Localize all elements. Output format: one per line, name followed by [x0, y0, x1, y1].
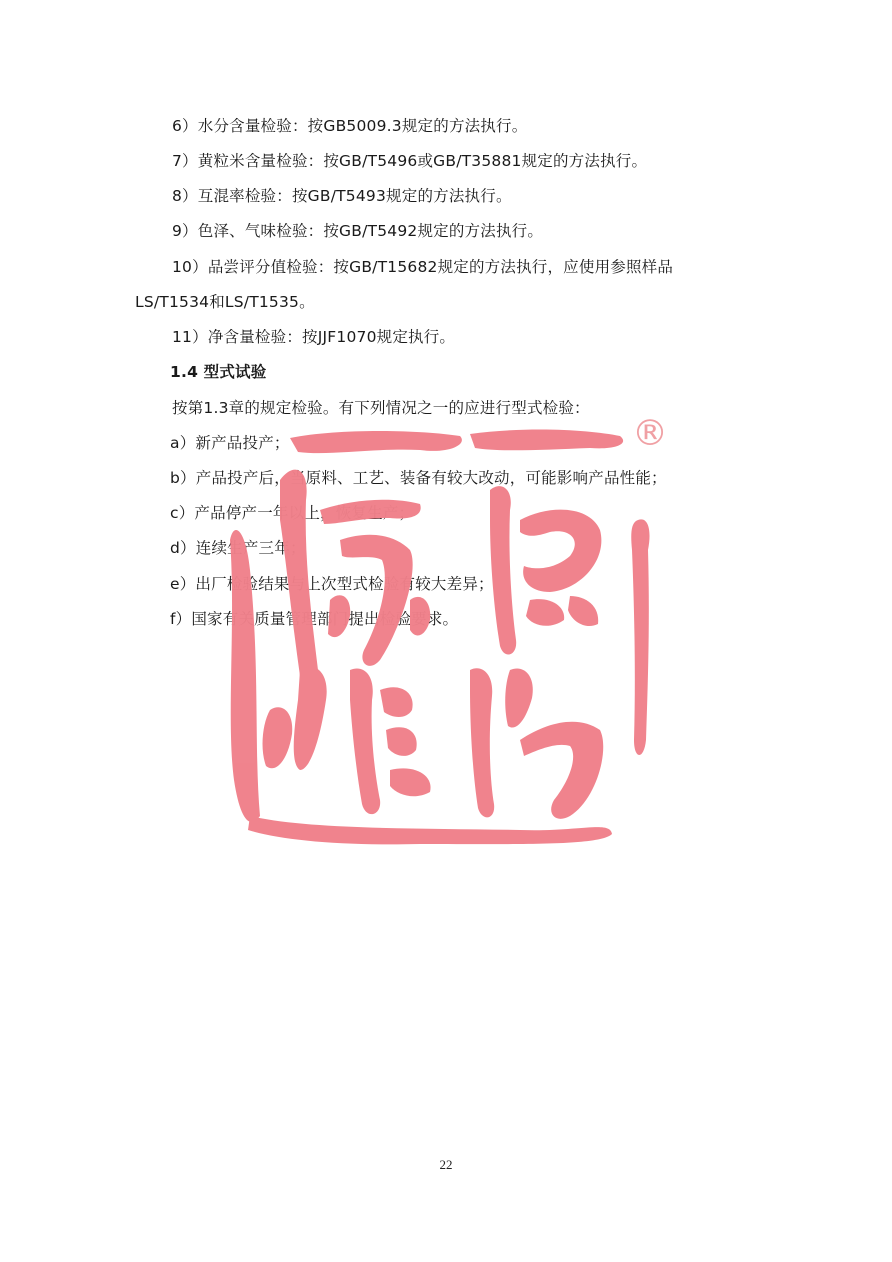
condition-f: f）国家有关质量管理部门提出检验要求。	[170, 609, 458, 629]
registered-trademark-icon: ®	[632, 416, 668, 452]
item-6: 6）水分含量检验：按GB5009.3规定的方法执行。	[172, 116, 527, 136]
item-10: 10）品尝评分值检验：按GB/T15682规定的方法执行，应使用参照样品	[172, 257, 673, 277]
item-8: 8）互混率检验：按GB/T5493规定的方法执行。	[172, 186, 512, 206]
section-heading: 1.4 型式试验	[170, 362, 266, 382]
item-9: 9）色泽、气味检验：按GB/T5492规定的方法执行。	[172, 221, 543, 241]
condition-b: b）产品投产后，当原料、工艺、装备有较大改动，可能影响产品性能；	[170, 468, 667, 488]
item-10-continuation: LS/T1534和LS/T1535。	[135, 292, 315, 312]
page-number: 22	[0, 1157, 892, 1173]
item-7: 7）黄粒米含量检验：按GB/T5496或GB/T35881规定的方法执行。	[172, 151, 647, 171]
condition-c: c）产品停产一年以上，恢复生产；	[170, 503, 414, 523]
condition-d: d）连续生产三年；	[170, 538, 306, 558]
condition-e: e）出厂检验结果与上次型式检验有较大差异；	[170, 574, 494, 594]
document-page: 6）水分含量检验：按GB5009.3规定的方法执行。 7）黄粒米含量检验：按GB…	[0, 0, 892, 1262]
condition-a: a）新产品投产；	[170, 433, 290, 453]
section-intro: 按第1.3章的规定检验。有下列情况之一的应进行型式检验：	[172, 398, 590, 418]
item-11: 11）净含量检验：按JJF1070规定执行。	[172, 327, 455, 347]
